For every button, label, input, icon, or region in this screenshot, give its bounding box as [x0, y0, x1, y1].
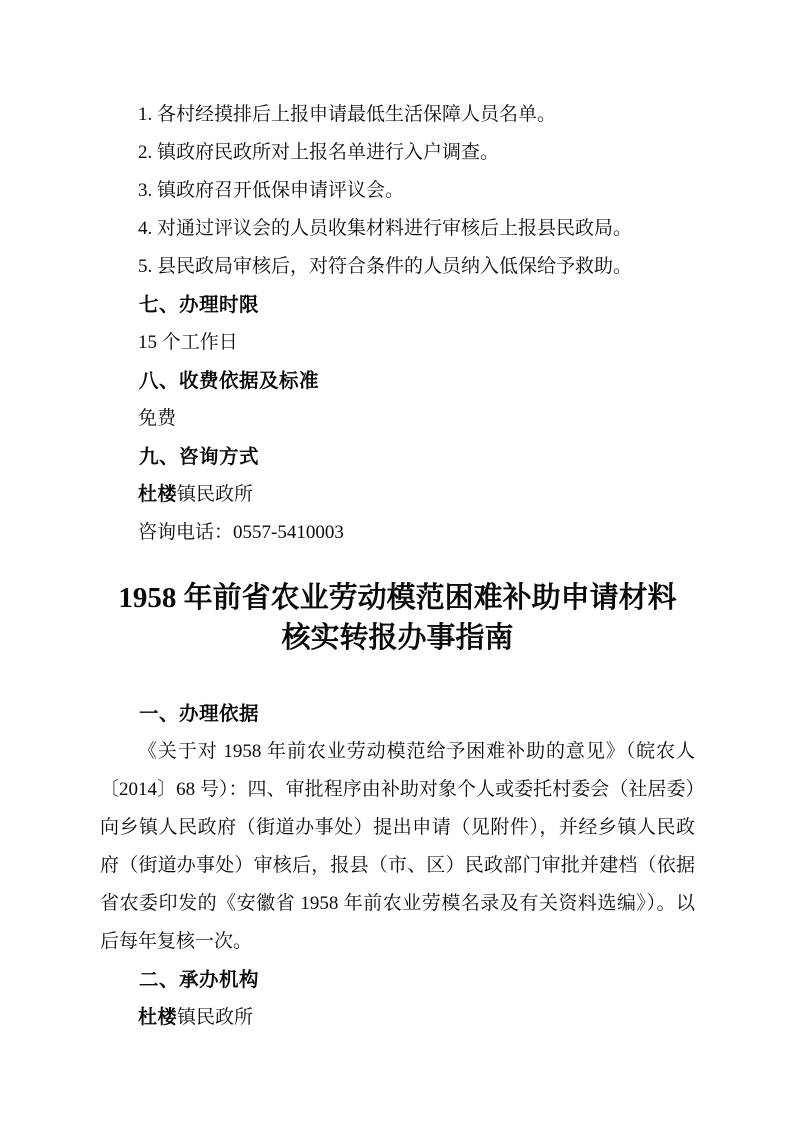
undertaker-agency-bold: 杜楼 — [138, 1007, 177, 1028]
process-step-3: 3. 镇政府召开低保申请评议会。 — [100, 172, 695, 210]
section-heading-undertaker: 二、承办机构 — [100, 961, 695, 999]
process-step-4: 4. 对通过评议会的人员收集材料进行审核后上报县民政局。 — [100, 210, 695, 248]
undertaker-agency-line: 杜楼镇民政所 — [100, 999, 695, 1037]
guide-title-line-1: 1958 年前省农业劳动模范困难补助申请材料 — [100, 578, 695, 618]
document-page: 1. 各村经摸排后上报申请最低生活保障人员名单。 2. 镇政府民政所对上报名单进… — [0, 0, 793, 1122]
fees-value: 免费 — [100, 400, 695, 438]
guide-document-title: 1958 年前省农业劳动模范困难补助申请材料 核实转报办事指南 — [100, 578, 695, 658]
basis-paragraph: 《关于对 1958 年前农业劳动模范给予困难补助的意见》（皖农人〔2014〕68… — [100, 733, 695, 961]
section-heading-basis: 一、办理依据 — [100, 695, 695, 733]
section-heading-consultation: 九、咨询方式 — [100, 438, 695, 476]
section-heading-fees: 八、收费依据及标准 — [100, 362, 695, 400]
agency-name-bold: 杜楼 — [138, 484, 177, 505]
undertaker-agency-rest: 镇民政所 — [177, 1007, 253, 1028]
consultation-phone-line: 咨询电话：0557-5410003 — [100, 514, 695, 552]
agency-name-rest: 镇民政所 — [177, 484, 253, 505]
time-limit-value: 15 个工作日 — [100, 324, 695, 362]
process-step-5: 5. 县民政局审核后，对符合条件的人员纳入低保给予救助。 — [100, 248, 695, 286]
consultation-agency-line: 杜楼镇民政所 — [100, 476, 695, 514]
section-heading-time-limit: 七、办理时限 — [100, 286, 695, 324]
process-step-2: 2. 镇政府民政所对上报名单进行入户调查。 — [100, 134, 695, 172]
process-step-1: 1. 各村经摸排后上报申请最低生活保障人员名单。 — [100, 96, 695, 134]
guide-title-line-2: 核实转报办事指南 — [100, 618, 695, 658]
